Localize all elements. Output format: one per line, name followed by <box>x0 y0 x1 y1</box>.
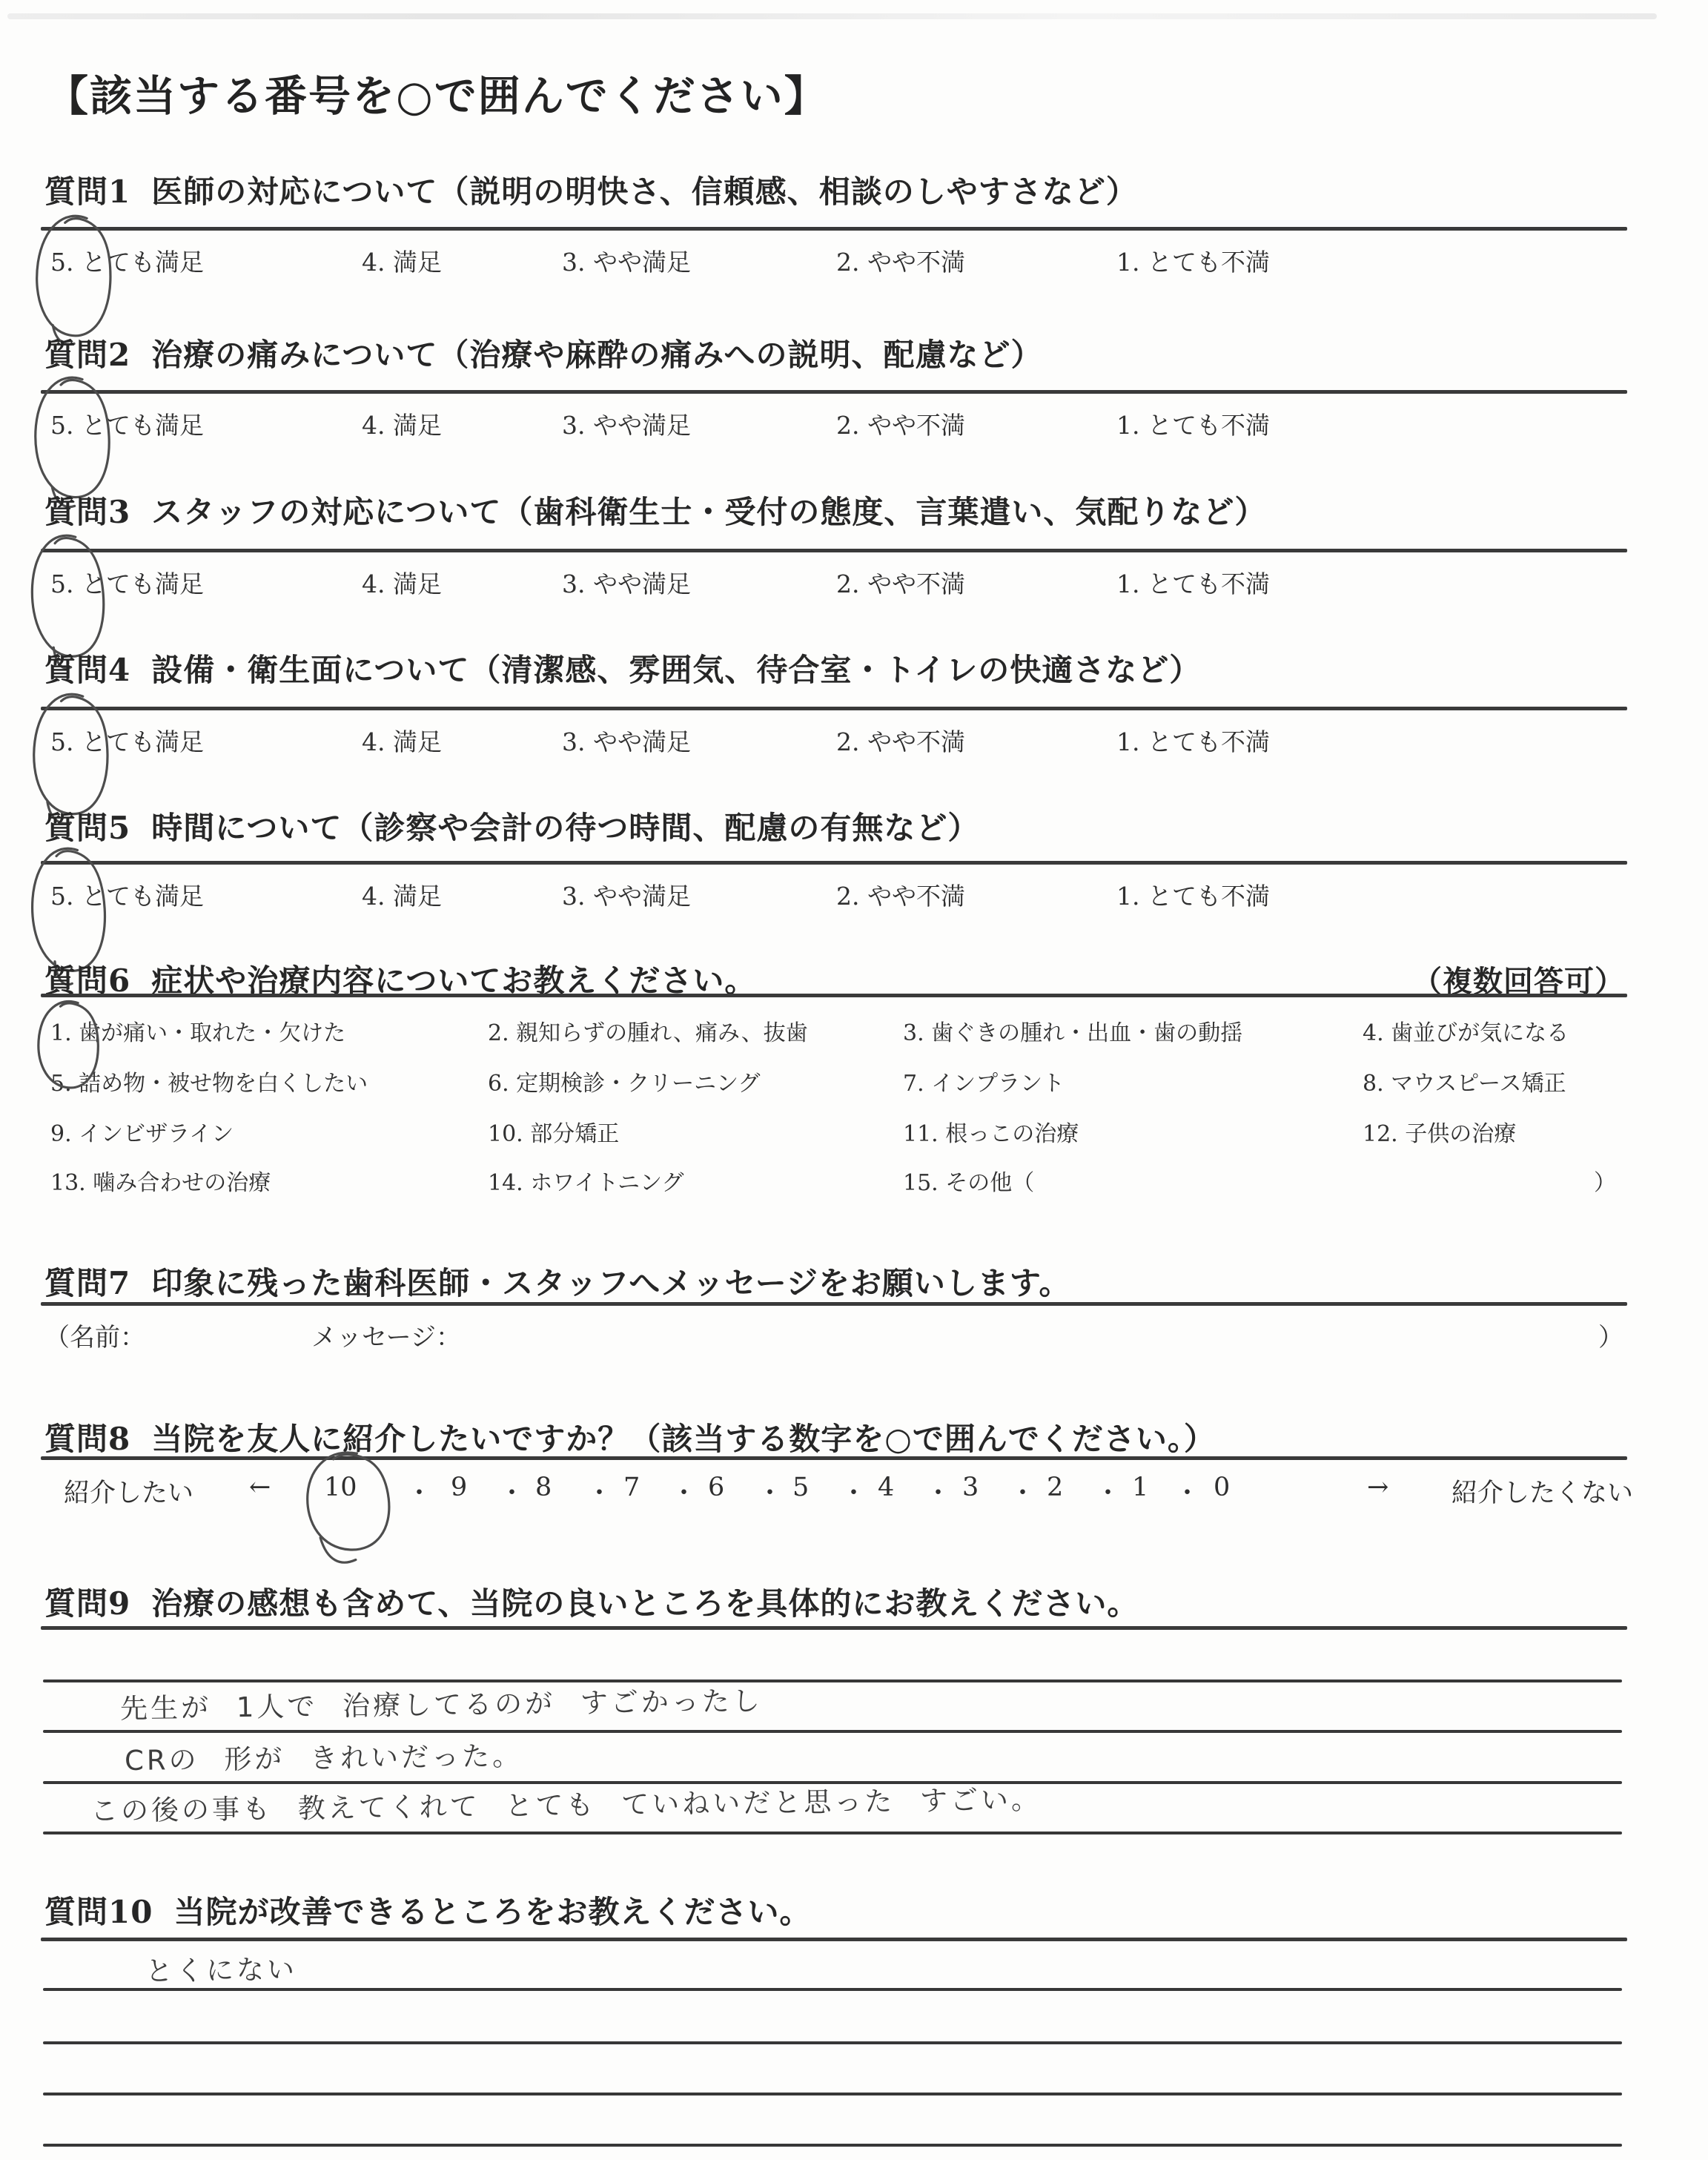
question-4-label: 質問4 <box>44 646 130 690</box>
question-5-rule <box>41 861 1627 865</box>
q3-option-4: 4. 満足 <box>362 565 442 600</box>
question-7-answer-row: （名前： メッセージ： ） <box>0 1317 1708 1354</box>
question-1-heading: 質問1 医師の対応について（説明の明快さ、信頼感、相談のしやすさなど） <box>44 168 1138 212</box>
question-6-row-2: 5. 詰め物・被せ物を白くしたい 6. 定期検診・クリーニング 7. インプラン… <box>0 1065 1708 1100</box>
q8-dot: ・ <box>1174 1473 1200 1510</box>
q5-option-1: 1. とても不満 <box>1116 877 1270 912</box>
question-5-heading: 質問5 時間について（診察や会計の待つ時間、配慮の有無など） <box>44 804 979 848</box>
q9-handwritten-answer-1: 先生が 1人で 治療してるのが すごかったし <box>120 1678 763 1726</box>
q5-option-4: 4. 満足 <box>362 877 442 912</box>
q9-answer-line-1 <box>43 1680 1622 1682</box>
question-3-heading: 質問3 スタッフの対応について（歯科衛生士・受付の態度、言葉遣い、気配りなど） <box>44 488 1266 532</box>
question-2-label: 質問2 <box>44 331 130 375</box>
q8-number-5: 5 <box>792 1473 809 1502</box>
question-1-topic: 医師の対応について（説明の明快さ、信頼感、相談のしやすさなど） <box>151 168 1137 212</box>
question-1-rule <box>41 227 1627 231</box>
q5-answer-circle-mark <box>24 843 110 975</box>
q6-item-15: 15. その他（ <box>903 1164 1034 1197</box>
q8-dot: ・ <box>406 1473 432 1510</box>
question-1-label: 質問1 <box>44 168 130 212</box>
q6-item-12: 12. 子供の治療 <box>1363 1115 1516 1148</box>
q8-number-2: 2 <box>1047 1473 1063 1502</box>
question-10-rule <box>41 1938 1627 1941</box>
q10-answer-line-3 <box>43 2093 1622 2095</box>
question-2-rule <box>41 390 1627 394</box>
q4-option-3: 3. やや満足 <box>562 723 691 758</box>
q7-name-label: （名前： <box>44 1317 145 1353</box>
q8-dot: ・ <box>925 1473 951 1510</box>
q9-answer-line-4 <box>43 1832 1622 1834</box>
question-3-label: 質問3 <box>44 488 130 532</box>
q2-option-3: 3. やや満足 <box>562 406 691 441</box>
page-title: 【該当する番号を○で囲んでください】 <box>46 62 828 123</box>
question-10-heading: 質問10 当院が改善できるところをお教えください。 <box>44 1888 811 1932</box>
question-4-topic: 設備・衛生面について（清潔感、雰囲気、待合室・トイレの快適さなど） <box>151 646 1201 690</box>
q8-dot: ・ <box>757 1473 783 1510</box>
q7-message-label: メッセージ： <box>311 1317 461 1353</box>
q6-item-10: 10. 部分矯正 <box>488 1115 619 1148</box>
q8-number-1: 1 <box>1132 1473 1148 1502</box>
q6-item-3: 3. 歯ぐきの腫れ・出血・歯の動揺 <box>903 1014 1242 1047</box>
question-9-rule <box>41 1626 1627 1630</box>
q8-dot: ・ <box>499 1473 525 1510</box>
q6-item-7: 7. インプラント <box>903 1065 1065 1097</box>
q3-option-3: 3. やや満足 <box>562 565 691 600</box>
q8-answer-circle-mark <box>297 1447 397 1556</box>
survey-sheet: 【該当する番号を○で囲んでください】 質問1 医師の対応について（説明の明快さ、… <box>0 0 1708 2160</box>
q4-answer-circle-mark <box>24 688 115 819</box>
q1-option-1: 1. とても不満 <box>1116 243 1270 278</box>
question-10-topic: 当院が改善できるところをお教えください。 <box>173 1888 811 1932</box>
question-8-rule <box>41 1456 1627 1460</box>
q5-option-3: 3. やや満足 <box>562 877 691 912</box>
q1-option-2: 2. やや不満 <box>836 243 965 278</box>
q9-handwritten-answer-3: この後の事も 教えてくれて とても ていねいだと思った すごい。 <box>90 1777 1042 1829</box>
q6-item-2: 2. 親知らずの腫れ、痛み、抜歯 <box>488 1014 808 1047</box>
q4-option-2: 2. やや不満 <box>836 723 965 758</box>
q8-dot: ・ <box>671 1473 697 1510</box>
q2-answer-circle-mark <box>28 373 114 501</box>
question-6-rule <box>41 994 1627 997</box>
question-9-heading: 質問9 治療の感想も含めて、当院の良いところを具体的にお教えください。 <box>44 1579 1139 1624</box>
q10-answer-line-2 <box>43 2041 1622 2044</box>
q8-dot: ・ <box>1010 1473 1036 1510</box>
q8-number-6: 6 <box>708 1473 724 1502</box>
q8-left-arrow-icon: ← <box>249 1473 271 1502</box>
q2-option-4: 4. 満足 <box>362 406 442 441</box>
q4-option-1: 1. とても不満 <box>1116 723 1270 758</box>
q1-answer-circle-mark <box>27 209 119 341</box>
question-2-topic: 治療の痛みについて（治療や麻酔の痛みへの説明、配慮など） <box>151 331 1042 375</box>
question-7-label: 質問7 <box>44 1259 130 1304</box>
q6-item-9: 9. インビザライン <box>50 1115 234 1148</box>
question-4-rule <box>41 707 1627 710</box>
question-6-row-3: 9. インビザライン 10. 部分矯正 11. 根っこの治療 12. 子供の治療 <box>0 1115 1708 1151</box>
q8-right-arrow-icon: → <box>1367 1473 1388 1502</box>
q10-answer-line-4 <box>43 2144 1622 2147</box>
question-3-topic: スタッフの対応について（歯科衛生士・受付の態度、言葉遣い、気配りなど） <box>151 488 1266 532</box>
q1-option-3: 3. やや満足 <box>562 243 691 278</box>
question-1-options: 5. とても満足 4. 満足 3. やや満足 2. やや不満 1. とても不満 <box>0 243 1708 282</box>
q8-dot: ・ <box>586 1473 612 1510</box>
question-5-label: 質問5 <box>44 804 130 848</box>
q8-number-7: 7 <box>623 1473 640 1502</box>
q6-item-11: 11. 根っこの治療 <box>903 1115 1079 1148</box>
scan-artifact-streak <box>7 13 1657 19</box>
q8-number-3: 3 <box>962 1473 979 1502</box>
question-4-heading: 質問4 設備・衛生面について（清潔感、雰囲気、待合室・トイレの快適さなど） <box>44 646 1201 690</box>
q6-item-8: 8. マウスピース矯正 <box>1363 1065 1566 1097</box>
q1-option-4: 4. 満足 <box>362 243 442 278</box>
question-5-options: 5. とても満足 4. 満足 3. やや満足 2. やや不満 1. とても不満 <box>0 877 1708 916</box>
q10-handwritten-answer-1: とくにない <box>145 1946 298 1989</box>
question-8-heading: 質問8 当院を友人に紹介したいですか？（該当する数字を○で囲んでください。） <box>44 1415 1216 1459</box>
q8-number-4: 4 <box>878 1473 894 1502</box>
question-10-label: 質問10 <box>44 1888 153 1932</box>
q8-number-0: 0 <box>1214 1473 1230 1502</box>
q6-answer-circle-mark <box>31 997 104 1091</box>
q9-handwritten-answer-2: CRの 形が きれいだった。 <box>125 1733 523 1778</box>
question-3-rule <box>41 549 1627 552</box>
question-6-row-1: 1. 歯が痛い・取れた・欠けた 2. 親知らずの腫れ、痛み、抜歯 3. 歯ぐきの… <box>0 1014 1708 1050</box>
q6-item-15-closing-paren: ） <box>1594 1164 1616 1197</box>
question-6-row-4: 13. 噛み合わせの治療 14. ホワイトニング 15. その他（ ） <box>0 1164 1708 1200</box>
q6-item-4: 4. 歯並びが気になる <box>1363 1014 1569 1047</box>
q5-option-2: 2. やや不満 <box>836 877 965 912</box>
q6-item-6: 6. 定期検診・クリーニング <box>488 1065 761 1097</box>
q8-dot: ・ <box>1095 1473 1121 1510</box>
question-9-topic: 治療の感想も含めて、当院の良いところを具体的にお教えください。 <box>151 1579 1139 1624</box>
q3-answer-circle-mark <box>23 529 110 661</box>
q6-item-13: 13. 噛み合わせの治療 <box>50 1164 271 1197</box>
q2-option-2: 2. やや不満 <box>836 406 965 441</box>
question-7-heading: 質問7 印象に残った歯科医師・スタッフへメッセージをお願いします。 <box>44 1259 1071 1304</box>
question-4-options: 5. とても満足 4. 満足 3. やや満足 2. やや不満 1. とても不満 <box>0 723 1708 762</box>
question-2-heading: 質問2 治療の痛みについて（治療や麻酔の痛みへの説明、配慮など） <box>44 331 1043 375</box>
question-7-topic: 印象に残った歯科医師・スタッフへメッセージをお願いします。 <box>151 1259 1070 1304</box>
question-9-label: 質問9 <box>44 1579 130 1624</box>
q7-closing-paren: ） <box>1598 1317 1623 1353</box>
question-7-rule <box>41 1302 1627 1306</box>
q3-option-2: 2. やや不満 <box>836 565 965 600</box>
q8-number-8: 8 <box>535 1473 552 1502</box>
question-5-topic: 時間について（診察や会計の待つ時間、配慮の有無など） <box>151 804 979 848</box>
q2-option-1: 1. とても不満 <box>1116 406 1270 441</box>
q10-answer-line-1 <box>43 1988 1622 1991</box>
question-8-label: 質問8 <box>44 1415 130 1459</box>
q8-right-label: 紹介したくない <box>1452 1473 1633 1510</box>
q8-number-9: 9 <box>451 1473 467 1502</box>
q3-option-1: 1. とても不満 <box>1116 565 1270 600</box>
q6-item-14: 14. ホワイトニング <box>488 1164 684 1197</box>
q4-option-4: 4. 満足 <box>362 723 442 758</box>
q8-left-label: 紹介したい <box>64 1473 193 1510</box>
question-8-scale-row: 紹介したい ← 10 ・ 9 ・ 8 ・ 7 ・ 6 ・ 5 ・ 4 ・ 3 ・… <box>0 1473 1708 1511</box>
question-2-options: 5. とても満足 4. 満足 3. やや満足 2. やや不満 1. とても不満 <box>0 406 1708 445</box>
question-3-options: 5. とても満足 4. 満足 3. やや満足 2. やや不満 1. とても不満 <box>0 565 1708 604</box>
q8-dot: ・ <box>841 1473 867 1510</box>
q9-answer-line-2 <box>43 1730 1622 1733</box>
